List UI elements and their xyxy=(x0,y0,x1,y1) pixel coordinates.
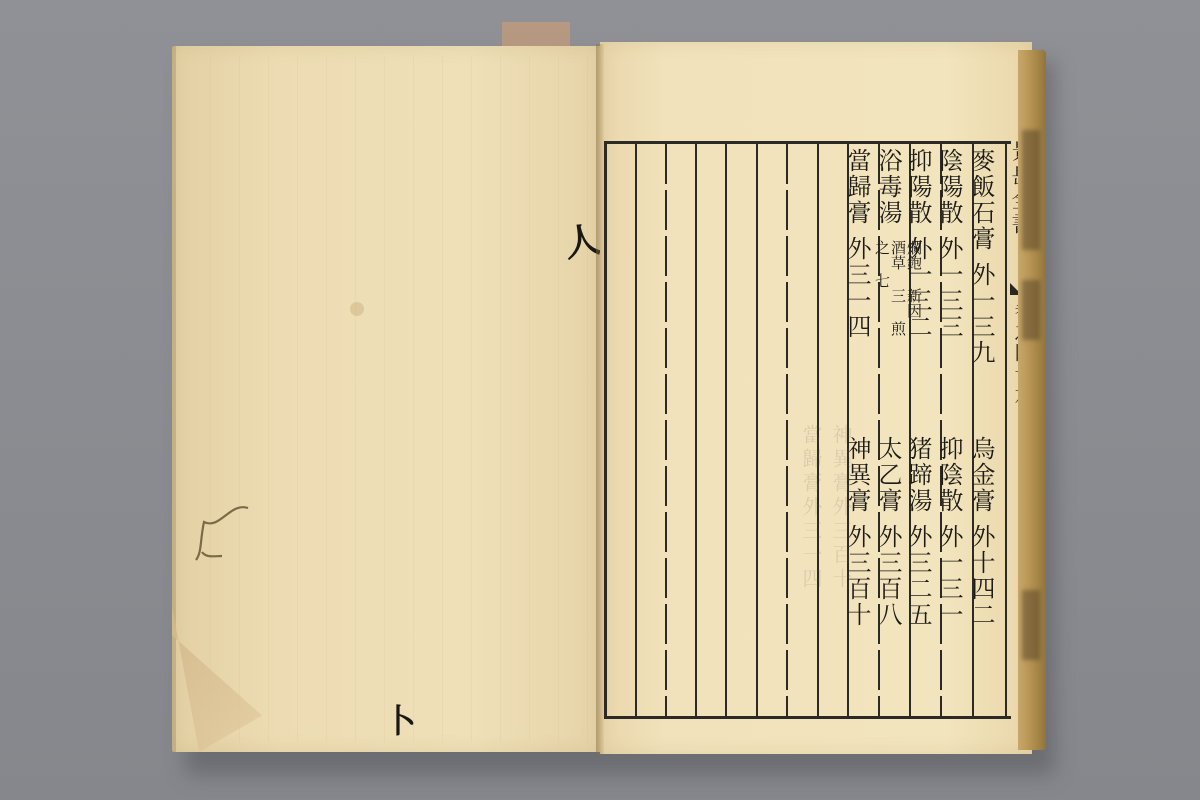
bleed-through-text: 當歸膏外三一四 xyxy=(797,424,826,592)
entry-ref: 外三一四 xyxy=(843,236,871,340)
bleed-through-lines xyxy=(182,56,590,742)
edge-stain xyxy=(1022,280,1040,340)
column-rule xyxy=(695,144,697,716)
entry-name: 抑陽散 xyxy=(904,148,932,226)
left-page: 人 卜 xyxy=(172,46,600,752)
entry-upper-4-note: 爛鉋 新因 酒草 三 煎之 七 xyxy=(874,240,922,350)
entry-name: 麥飯石膏 xyxy=(967,148,995,252)
entry-lower-4: 太乙膏外三百八 xyxy=(874,436,902,628)
entry-lower-2: 抑陰散外一三一 xyxy=(935,436,963,628)
ink-mark-lower: 卜 xyxy=(384,696,416,742)
entry-lower-3: 猪蹄湯外三二五 xyxy=(904,436,932,628)
entry-name: 當歸膏 xyxy=(843,148,871,226)
entry-upper-2: 陰陽散外一三三 xyxy=(935,148,963,340)
column-rule xyxy=(635,144,637,716)
entry-name: 抑陰散 xyxy=(935,436,963,514)
entry-upper-4: 浴毒湯 xyxy=(874,148,902,226)
entry-ref: 外一三九 xyxy=(967,262,995,366)
page-fore-edge xyxy=(1018,50,1046,750)
entry-ref: 外十四二 xyxy=(967,524,995,628)
entry-ref: 外一三三 xyxy=(935,236,963,340)
entry-ref: 外三百十 xyxy=(843,524,871,628)
entry-ref: 外一三一 xyxy=(935,524,963,628)
entry-ref: 外三二五 xyxy=(904,524,932,628)
entry-ref: 外三百八 xyxy=(874,524,902,628)
book-spine xyxy=(596,44,604,754)
entry-name: 猪蹄湯 xyxy=(904,436,932,514)
entry-upper-5: 當歸膏外三一四 xyxy=(843,148,871,340)
hair-strand-icon xyxy=(190,500,270,570)
edge-stain xyxy=(1022,590,1040,660)
left-page-edge xyxy=(172,46,176,752)
entry-name: 神異膏 xyxy=(843,436,871,514)
column-rule xyxy=(878,144,880,716)
entry-upper-1: 麥飯石膏外一三九 xyxy=(967,148,995,366)
column-rule xyxy=(725,144,727,716)
column-rule xyxy=(756,144,758,716)
entry-lower-1: 烏金膏外十四二 xyxy=(967,436,995,628)
column-rule xyxy=(786,144,788,716)
entry-lower-5: 神異膏外三百十 xyxy=(843,436,871,628)
entry-name: 太乙膏 xyxy=(874,436,902,514)
paper-spot xyxy=(350,302,364,316)
column-rule xyxy=(665,144,667,716)
entry-name: 浴毒湯 xyxy=(874,148,902,226)
edge-stain xyxy=(1022,130,1040,250)
entry-name: 烏金膏 xyxy=(967,436,995,514)
entry-name: 陰陽散 xyxy=(935,148,963,226)
